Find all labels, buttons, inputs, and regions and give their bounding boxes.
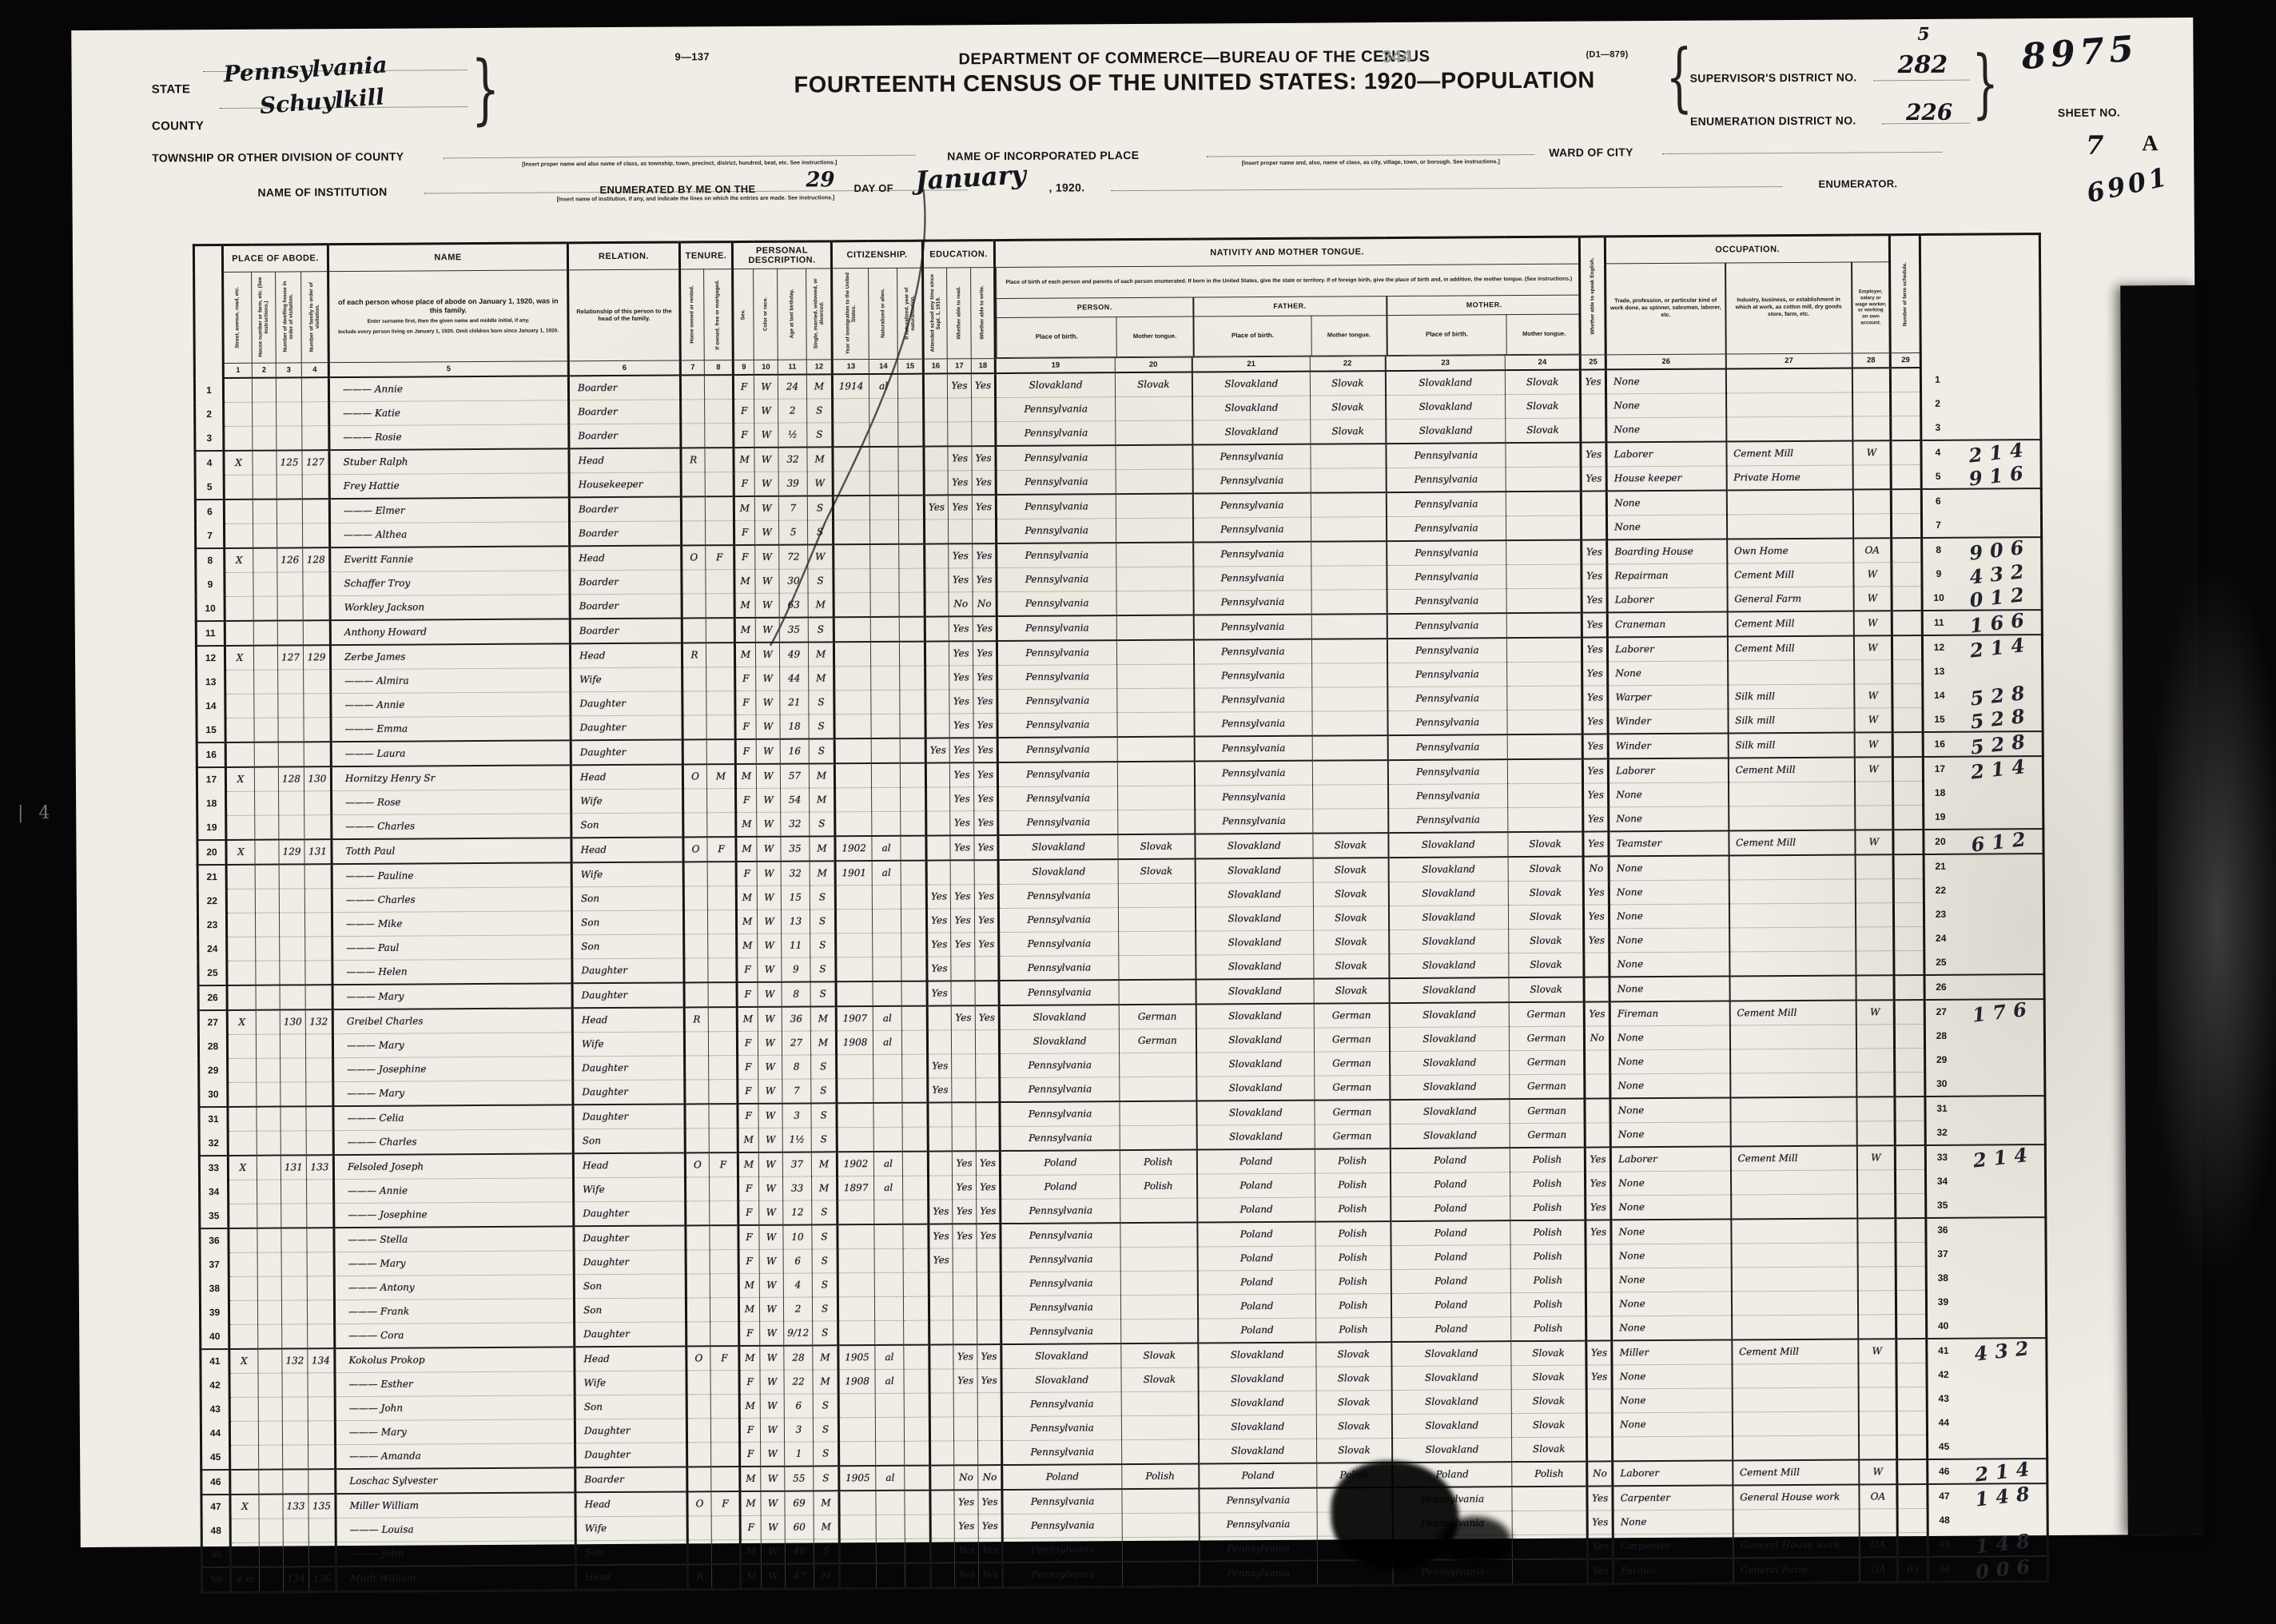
cell-col21: Poland [1197, 1173, 1315, 1198]
entry: Slovak [1331, 425, 1364, 436]
cell-col1 [229, 1204, 257, 1228]
col-number-6: 6 [568, 360, 680, 375]
entry: General Farm [1734, 593, 1801, 605]
cell-col18 [972, 421, 996, 446]
cell-col22 [1313, 784, 1388, 809]
entry: S [818, 720, 824, 731]
entry: al [885, 1351, 893, 1363]
entry: Pennsylvania [1031, 1495, 1095, 1507]
cell-col10: W [756, 714, 780, 739]
margin-code-value: 006 [1975, 1556, 2039, 1582]
cell-col17: Yes [948, 470, 972, 495]
cell-col5: ——— John [336, 1540, 575, 1566]
entry: 47 [794, 1570, 806, 1582]
entry: Yes [932, 1084, 948, 1095]
cell-col19: Pennsylvania [1001, 1391, 1121, 1416]
cell-col13 [834, 592, 870, 617]
cell-col7: O [682, 764, 706, 789]
cell-col29 [1897, 1435, 1928, 1459]
cell-col26: None [1610, 1073, 1730, 1097]
cell-col21: Pennsylvania [1194, 760, 1312, 785]
cell-col11: 46 [785, 1538, 814, 1563]
entry: M [746, 1546, 756, 1557]
entry: Poland [1434, 1227, 1467, 1238]
cell-col21: Poland [1197, 1270, 1315, 1295]
cell-col19: Slovakland [999, 1029, 1119, 1053]
entry: Wife [582, 1038, 604, 1049]
entry: W [767, 1376, 777, 1387]
entry: F [746, 1183, 752, 1194]
line-number-left: 38 [200, 1276, 229, 1300]
margin-code [1959, 1386, 2047, 1411]
line-number-right: 37 [1926, 1242, 1958, 1266]
cell-col28 [1856, 926, 1894, 950]
cell-col24: Polish [1510, 1268, 1586, 1293]
cell-col19: Slovakland [998, 859, 1118, 884]
entry: 6 [795, 1400, 802, 1411]
entry: Yes [931, 962, 947, 973]
entry: Son [581, 893, 599, 904]
margin-code-value: 528 [1969, 683, 2033, 707]
entry: Pennsylvania [1029, 1108, 1092, 1119]
cell-col17: Yes [951, 932, 975, 956]
cell-col11: 2 [783, 1296, 812, 1320]
cell-col20 [1119, 979, 1196, 1005]
cell-col26: Fireman [1610, 1001, 1729, 1025]
entry: X [238, 1017, 245, 1028]
cell-col19: Pennsylvania [997, 688, 1117, 713]
ink-blot-small [1439, 1516, 1511, 1565]
cell-col1 [230, 1445, 259, 1470]
entry: M [742, 843, 751, 854]
cell-col1 [224, 499, 253, 523]
cell-col6: Boarder [569, 496, 681, 521]
line-number-right: 20 [1924, 829, 1956, 854]
year-text: , 1920. [1048, 181, 1084, 193]
cell-col14 [870, 519, 899, 544]
entry: Polish [1339, 1252, 1367, 1263]
cell-col19: Slovakland [999, 1005, 1119, 1029]
cell-col25: Yes [1584, 928, 1610, 952]
stamp-ward: 6901 [2084, 161, 2173, 209]
cell-col6: Head [575, 1346, 686, 1371]
entry: M [744, 1159, 754, 1170]
cell-col11: 35 [781, 836, 810, 861]
cell-col27 [1727, 514, 1853, 539]
cell-col6: Daughter [571, 714, 682, 739]
cell-col3 [283, 1542, 308, 1566]
entry: W [764, 916, 774, 927]
entry: M [818, 1013, 828, 1024]
cell-col17: Yes [948, 446, 972, 471]
cell-col29 [1892, 707, 1923, 732]
entry: S [822, 1327, 828, 1338]
cell-col21: Slovakland [1198, 1415, 1316, 1439]
cell-col19: Slovakland [998, 834, 1118, 860]
cell-col28 [1859, 1435, 1897, 1459]
entry: No [1590, 1032, 1605, 1043]
col-number-27: 27 [1725, 353, 1852, 368]
cell-col8 [706, 569, 734, 593]
entry: Polish [1144, 1180, 1172, 1192]
col-header-25: Whether able to speak English. [1580, 237, 1606, 355]
entry: X [240, 1162, 247, 1173]
header-brace: } [471, 46, 499, 134]
entry: Kokolus Prokop [348, 1354, 424, 1366]
cell-col10: W [754, 447, 778, 472]
cell-col1 [226, 913, 255, 937]
margin-code-value: 916 [1968, 464, 2032, 488]
cell-col7 [687, 1467, 711, 1491]
cell-col12: S [812, 1248, 838, 1272]
cell-col14 [869, 495, 898, 519]
entry: Cement Mill [1736, 764, 1796, 775]
cell-col8 [710, 1249, 738, 1273]
cell-col14 [871, 762, 900, 787]
cell-col15 [899, 568, 925, 592]
cell-col1 [229, 1252, 257, 1276]
cell-col4 [302, 499, 329, 523]
col-header-8: If owned, free or mortgaged. [704, 269, 734, 360]
cell-col19: Pennsylvania [1001, 1271, 1120, 1296]
cell-col4 [302, 401, 329, 425]
cell-col28: W [1852, 440, 1891, 465]
entry: M [820, 1351, 830, 1363]
cell-col4 [304, 912, 332, 936]
entry: F [746, 1327, 753, 1339]
cell-col3 [277, 595, 303, 620]
col-number-17: 17 [947, 358, 971, 373]
entry: Yes [976, 550, 992, 561]
township-note: [Insert proper name and also name of cla… [448, 160, 911, 169]
cell-col13 [837, 1054, 873, 1078]
cell-col27 [1729, 975, 1856, 1001]
entry: M [814, 453, 824, 464]
entry: Slovakland [1425, 1395, 1478, 1407]
cell-col27: General Farm [1727, 587, 1853, 611]
cell-col10: W [754, 496, 778, 520]
cell-col20 [1121, 1319, 1198, 1343]
cell-col15 [898, 446, 924, 471]
line-number-left: 33 [199, 1155, 228, 1180]
entry: Head [582, 1014, 607, 1025]
entry: ——— Mary [347, 991, 404, 1002]
cell-col10: W [758, 910, 782, 933]
cell-col19: Pennsylvania [1003, 1562, 1123, 1587]
entry: Poland [1434, 1323, 1467, 1334]
entry: Pennsylvania [1227, 1519, 1291, 1530]
cell-col13: 1908 [838, 1369, 875, 1393]
cell-col21: Slovakland [1198, 1342, 1316, 1367]
cell-col6: Daughter [575, 1321, 686, 1346]
cell-col11: 6 [783, 1248, 812, 1272]
col-header-7: Home owned or rented. [680, 269, 705, 360]
entry: Poland [1434, 1299, 1467, 1310]
cell-col12: M [814, 1491, 839, 1515]
cell-col15 [901, 981, 927, 1005]
cell-col3 [281, 1081, 306, 1106]
cell-col25: Yes [1581, 442, 1606, 467]
entry: Slovak [1533, 1443, 1566, 1455]
cell-col2 [257, 1276, 281, 1300]
cell-col23: Slovakland [1389, 1002, 1509, 1027]
cell-col10: W [760, 1345, 784, 1370]
line-number-right: 49 [1928, 1532, 1960, 1557]
cell-col5: ——— John [335, 1395, 575, 1420]
cell-col17 [953, 1392, 977, 1416]
entry: S [818, 623, 824, 635]
cell-col7: O [682, 545, 706, 570]
line-number-left: 28 [198, 1034, 227, 1058]
entry: Polish [1338, 1155, 1367, 1166]
cell-col16 [930, 1538, 954, 1562]
entry: Wife [579, 674, 602, 685]
entry: Head [579, 650, 605, 661]
entry: Yes [981, 1375, 997, 1386]
cell-col6: Son [575, 1539, 687, 1564]
cell-col2 [256, 1034, 280, 1058]
cell-col15 [903, 1248, 929, 1272]
entry: 1902 [844, 1158, 869, 1169]
entry: German [1332, 1033, 1371, 1045]
entry: Slovak [1335, 936, 1367, 947]
cell-col13 [835, 885, 872, 909]
entry: Zerbe James [344, 651, 405, 663]
cell-col10: W [761, 1515, 785, 1539]
cell-col23: Slovakland [1391, 1389, 1511, 1414]
cell-col9: F [738, 1103, 758, 1128]
entry: ——— Frank [348, 1306, 409, 1317]
cell-col2 [257, 1106, 281, 1131]
cell-col26: None [1612, 1291, 1732, 1316]
cell-col10: W [755, 617, 779, 642]
cell-col15 [897, 373, 923, 398]
entry: F [742, 527, 748, 538]
cell-col5: ——— Helen [332, 958, 572, 984]
line-number-right: 29 [1925, 1048, 1957, 1072]
entry: Farmer [1621, 1565, 1657, 1576]
entry: Yes [982, 1569, 998, 1580]
entry: Slovakland [1228, 1034, 1282, 1045]
entry: Yes [953, 574, 969, 585]
cell-col13 [838, 1272, 874, 1296]
cell-col16: Yes [927, 981, 951, 1005]
entry: Slovak [1526, 400, 1559, 412]
cell-col14 [873, 1078, 902, 1103]
cell-col9: F [735, 738, 756, 763]
cell-col14 [874, 1248, 903, 1272]
cell-col9: M [737, 910, 758, 933]
cell-col7 [686, 1200, 710, 1225]
entry: Slovak [1529, 838, 1562, 850]
cell-col20 [1116, 420, 1192, 445]
cell-col5: ——— Elmer [329, 497, 569, 523]
cell-col4 [308, 1444, 336, 1469]
state-value: Pennsylvania [223, 51, 388, 87]
cell-col13 [839, 1515, 876, 1538]
cell-col13 [839, 1491, 876, 1515]
entry: Head [579, 455, 604, 466]
cell-col14 [872, 787, 901, 811]
cell-col1 [226, 864, 255, 889]
cell-col11: 2 [778, 399, 807, 423]
cell-col1: X [224, 450, 253, 475]
cell-col24: Slovak [1511, 1413, 1586, 1438]
cell-col5: ——— Mary [332, 983, 572, 1009]
cell-col13 [837, 1127, 873, 1152]
entry: M [741, 624, 750, 635]
entry: W [1868, 568, 1877, 579]
cell-col12: M [814, 1515, 839, 1538]
entry: 126 [281, 554, 299, 565]
institution-label: NAME OF INSTITUTION [257, 185, 387, 199]
cell-col11: 54 [781, 788, 810, 812]
entry: Son [585, 1546, 603, 1558]
cell-col8 [708, 957, 737, 982]
cell-col5: Totth Paul [332, 838, 571, 864]
cell-col28: W [1858, 1339, 1896, 1363]
col-number-4: 4 [301, 362, 328, 377]
entry: OA [1871, 1491, 1886, 1502]
cell-col10: W [759, 1297, 783, 1321]
entry: M [819, 1158, 829, 1169]
margin-code [1960, 1507, 2047, 1532]
entry: Yes [1588, 789, 1604, 800]
entry: X [241, 1501, 249, 1512]
col-number-11: 11 [778, 360, 806, 375]
entry: Slovakland [1035, 1374, 1088, 1385]
entry: Yes [1586, 546, 1602, 557]
entry: X [237, 774, 245, 785]
entry: F [742, 673, 749, 684]
cell-col27: Cement Mill [1730, 1145, 1856, 1170]
cell-col6: Housekeeper [569, 472, 681, 496]
cell-col20: Polish [1120, 1174, 1197, 1199]
cell-col16 [925, 762, 949, 787]
cell-col26: None [1607, 514, 1727, 539]
line-number-right: 23 [1924, 902, 1956, 926]
margin-code-value: 012 [1969, 585, 2033, 610]
cell-col2 [253, 523, 277, 548]
entry: F [746, 1207, 752, 1218]
entry: M [742, 818, 751, 830]
cell-col9: M [734, 593, 755, 618]
cell-col12: M [813, 1345, 838, 1370]
entry: Yes [957, 1230, 973, 1241]
col-number-25: 25 [1580, 354, 1606, 369]
cell-col26: None [1606, 490, 1726, 515]
entry: W [768, 1473, 778, 1484]
entry: Pennsylvania [1220, 500, 1284, 511]
entry: Yes [952, 476, 968, 488]
entry: 9 [793, 964, 799, 975]
cell-col12: M [810, 1030, 836, 1054]
cell-col27 [1733, 1508, 1859, 1533]
cell-col21: Slovakland [1195, 833, 1313, 858]
cell-col14 [875, 1320, 904, 1345]
cell-col28: W [1853, 586, 1892, 611]
entry: Pennsylvania [1025, 671, 1089, 682]
line-number-right: 6 [1921, 488, 1953, 513]
cell-col22: Slovak [1310, 371, 1385, 396]
entry: O [694, 1159, 702, 1170]
cell-col22 [1313, 808, 1388, 833]
cell-col15 [905, 1562, 931, 1588]
cell-col12: S [809, 690, 834, 714]
cell-col28: W [1853, 611, 1892, 635]
cell-col8 [705, 423, 734, 448]
entry: Poland [1434, 1178, 1466, 1189]
entry: German [1527, 1081, 1566, 1092]
cell-col21: Slovakland [1192, 371, 1310, 396]
cell-col27: Silk mill [1728, 684, 1854, 709]
cell-col1 [229, 1421, 258, 1445]
line-number-left: 4 [195, 450, 224, 475]
cell-col11: 7 [782, 1078, 811, 1103]
cell-col21: Pennsylvania [1199, 1512, 1317, 1537]
cell-col29 [1896, 1387, 1927, 1411]
entry: Yes [953, 744, 969, 755]
entry: Son [583, 1304, 602, 1316]
margin-code [1957, 1120, 2045, 1144]
entry: Pennsylvania [1415, 644, 1479, 655]
col-number-16: 16 [923, 358, 947, 373]
margin-code [1958, 1192, 2046, 1217]
cell-col6: Head [570, 545, 682, 570]
cell-col29 [1896, 1363, 1927, 1387]
entry: X [236, 555, 243, 566]
cell-col2 [253, 450, 277, 475]
cell-col27 [1731, 1170, 1857, 1195]
line-number-left: 31 [199, 1106, 228, 1131]
entry: Silk mill [1735, 691, 1775, 702]
cell-col25 [1582, 515, 1607, 539]
entry: Slovak [1331, 377, 1364, 388]
entry: Pennsylvania [1220, 523, 1284, 535]
entry: Pennsylvania [1026, 695, 1090, 706]
cell-col16 [928, 1151, 952, 1176]
cell-col21: Poland [1197, 1197, 1315, 1222]
entry: ——— Josephine [347, 1063, 426, 1075]
cell-col11: 8 [782, 981, 810, 1006]
entry: F [742, 551, 748, 563]
cell-col22 [1312, 760, 1387, 785]
cell-col21: Pennsylvania [1199, 1487, 1317, 1512]
entry: None [1617, 1056, 1644, 1067]
supervisors-district-label: SUPERVISOR'S DISTRICT NO. [1690, 70, 1857, 84]
entry: Pennsylvania [1221, 596, 1285, 607]
entry: F [745, 1037, 751, 1049]
cell-col15 [902, 1127, 928, 1152]
cell-col10: W [755, 544, 779, 569]
cell-col27: Cement Mill [1733, 1459, 1859, 1485]
mother-tongue-header: Mother tongue. [1506, 314, 1580, 355]
cell-col16 [925, 543, 949, 568]
cell-col22: Slovak [1316, 1366, 1391, 1391]
cell-col25: Yes [1586, 1340, 1612, 1365]
entry: Pennsylvania [1028, 961, 1092, 973]
entry: Daughter [581, 965, 627, 976]
entry: Son [581, 941, 599, 952]
entry: 127 [281, 651, 300, 663]
entry: Slovak [1140, 841, 1173, 852]
cell-col26: None [1611, 1267, 1731, 1292]
cell-col11: 1 [785, 1441, 814, 1466]
entry: Poland [1044, 1180, 1077, 1192]
cell-col29 [1891, 464, 1921, 489]
cell-col15 [905, 1515, 930, 1538]
entry: W [763, 697, 773, 708]
